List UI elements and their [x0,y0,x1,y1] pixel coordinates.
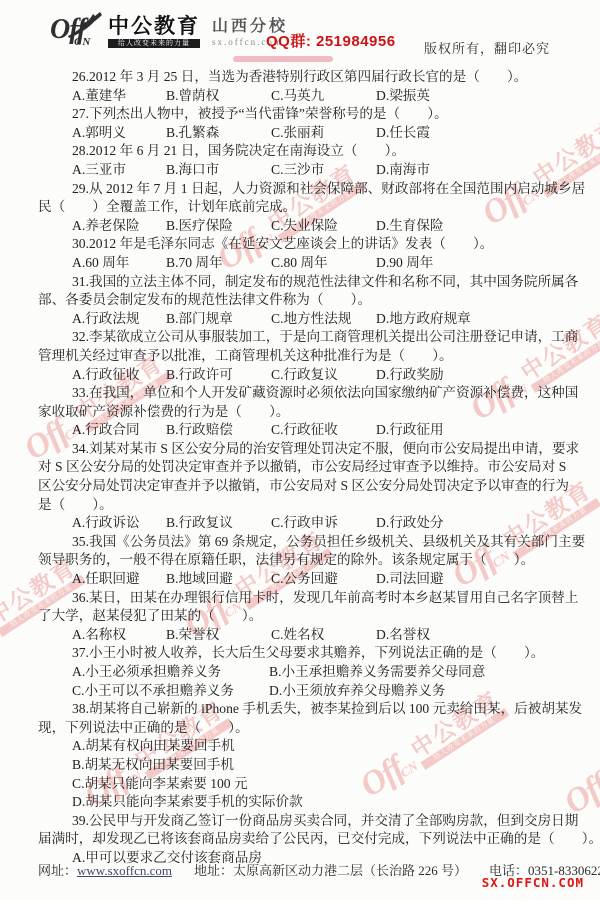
offcn-logo-mark: Off CN [50,15,104,55]
question-line: 34.刘某对某市 S 区公安分局的治安管理处罚决定不服，便向市公安局提出申请，要… [38,440,572,459]
answer-option: C.三沙市 [271,161,376,180]
question-line: 39.公民甲与开发商乙签订一份商品房买卖合同，并交清了全部购房款，但到交房日期 [38,812,572,831]
answer-option: B.地域回避 [166,570,271,589]
answer-option: A.养老保险 [72,217,166,236]
option-line: A.名称权B.荣誉权C.姓名权D.名誉权 [38,626,572,645]
answer-option: D.行政征用 [376,421,444,440]
answer-option: D.地方政府规章 [376,310,471,329]
watermark-bar [233,56,333,62]
question-line: 部、各委员会制定发布的规范性法律文件称为（ ）。 [38,291,572,310]
option-line: A.胡某有权向田某要回手机 [38,737,572,756]
exam-page: OffCN中公教育给人改变未来的力量OffCN中公教育给人改变未来的力量OffC… [0,0,600,900]
answer-option: A.行政法规 [72,310,166,329]
option-line: A.养老保险B.医疗保险C.失业保险D.生育保险 [38,217,572,236]
option-line: A.60 周年B.70 周年C.80 周年D.90 周年 [38,254,572,273]
qq-group-label: QQ群: 251984956 [266,30,396,51]
footer-website-link[interactable]: www.sxoffcn.com [77,863,172,878]
question-line: 领导职务的，一般不得在原籍任职，法律另有规定的除外。该条规定属于（ ）。 [38,551,572,570]
answer-option: D.生育保险 [376,217,444,236]
answer-option: C.张丽莉 [271,124,376,143]
footer-website-label: 网址： [38,863,77,878]
answer-option: D.梁振英 [376,87,430,106]
answer-option: A.三亚市 [72,161,166,180]
answer-option: B.医疗保险 [166,217,271,236]
option-line: A.董建华B.曾荫权C.马英九D.梁振英 [38,87,572,106]
answer-option: C.80 周年 [271,254,376,273]
answer-option: A.郭明义 [72,124,166,143]
answer-option: B.小王承担赡养义务需要养父母同意 [269,663,485,682]
answer-option: D.小王须放弃养父母赡养义务 [269,682,445,701]
question-line: 是（ ）。 [38,496,572,515]
question-line: 35.我国《公务员法》第 69 条规定，公务员担任乡级机关、县级机关及其有关部门… [38,533,572,552]
question-line: 区公安分局处罚决定审查并予以撤销，市公安局对 S 区公安分局处罚决定予以审查的行… [38,477,572,496]
question-line: 28.2012 年 6 月 21 日，国务院决定在南海设立（ ）。 [38,142,572,161]
question-line: 31.我国的立法主体不同，制定发布的规范性法律文件和名称不同，其中国务院所属各 [38,273,572,292]
question-line: 管理机关经过审查予以批准，工商管理机关这种批准行为是（ ）。 [38,347,572,366]
option-line: A.任职回避B.地域回避C.公务回避D.司法回避 [38,570,572,589]
answer-option: D.南海市 [376,161,430,180]
answer-option: D.任长霞 [376,124,430,143]
answer-option: B.行政复议 [166,514,271,533]
question-line: 现，下列说法中正确的是（ ）。 [38,719,572,738]
answer-option: D.行政奖励 [376,366,444,385]
question-line: 36.某日，田某在办理银行信用卡时，发现几年前高考时本乡赵某冒用自己名字顶替上 [38,589,572,608]
question-line: 29.从 2012 年 7 月 1 日起，人力资源和社会保障部、财政部将在全国范… [38,180,572,199]
offcn-logo: Off CN 中公教育 给人改变未来的力量 山西分校 sx.offcn.com [50,15,288,55]
answer-option: B.孔繁森 [166,124,271,143]
answer-option: C.马英九 [271,87,376,106]
question-line: 27.下列杰出人物中，被授予“当代雷锋”荣誉称号的是（ ）。 [38,105,572,124]
copyright-notice: 版权所有，翻印必究 [424,38,550,57]
option-line: C.胡某只能向李某索要 100 元 [38,775,572,794]
option-line: A.三亚市B.海口市C.三沙市D.南海市 [38,161,572,180]
answer-option: D.90 周年 [376,254,433,273]
question-line: 33.在我国，单位和个人开发矿藏资源时必须依法向国家缴纳矿产资源补偿费，这种国 [38,384,572,403]
answer-option: A.行政征收 [72,366,166,385]
option-line: C.小王可以不承担赡养义务D.小王须放弃养父母赡养义务 [38,682,572,701]
offcn-swoosh-icon [66,12,102,38]
answer-option: A.行政合同 [72,421,166,440]
answer-option: B.荣誉权 [166,626,271,645]
question-line: 37.小王小时被人收养，长大后生父母要求其赡养，下列说法正确的是（ ）。 [38,644,572,663]
question-lines: 26.2012 年 3 月 25 日，当选为香港特别行政区第四届行政长官的是（ … [38,68,572,868]
answer-option: A.董建华 [72,87,166,106]
logo-brand-name: 中公教育 [108,15,200,38]
option-line: A.小王必须承担赡养义务B.小王承担赡养义务需要养父母同意 [38,663,572,682]
answer-option: D.名誉权 [376,626,430,645]
question-line: 26.2012 年 3 月 25 日，当选为香港特别行政区第四届行政长官的是（ … [38,68,572,87]
answer-option: B.曾荫权 [166,87,271,106]
question-line: 了大学，赵某侵犯了田某的（ ）。 [38,607,572,626]
answer-option: C.公务回避 [271,570,376,589]
answer-option: B.行政许可 [166,366,271,385]
option-line: A.行政征收B.行政许可C.行政复议D.行政奖励 [38,366,572,385]
answer-option: D.行政处分 [376,514,444,533]
answer-option: A.任职回避 [72,570,166,589]
answer-option: B.70 周年 [166,254,271,273]
option-line: D.胡某只能向李某索要手机的实际价款 [38,793,572,812]
question-line: 对 S 区公安分局的处罚决定审查并予以撤销，市公安局经过审查予以维持。市公安局对… [38,458,572,477]
question-line: 32.李某欲成立公司从事服装加工，于是向工商管理机关提出公司注册登记申请，工商 [38,328,572,347]
answer-option: B.行政赔偿 [166,421,271,440]
answer-option: A.60 周年 [72,254,166,273]
answer-option: A.名称权 [72,626,166,645]
answer-option: C.行政复议 [271,366,376,385]
logo-tagline: 给人改变未来的力量 [108,39,200,48]
question-line: 民（ ）全覆盖工作，计划年底前完成。 [38,198,572,217]
question-line: 30.2012 年是毛泽东同志《在延安文艺座谈会上的讲话》发表（ ）。 [38,235,572,254]
footer-brand-site: SX.OFFCN.COM [482,875,584,890]
question-line: 38.胡某将自己崭新的 iPhone 手机丢失，被李某捡到后以 100 元卖给田… [38,700,572,719]
question-line: 家收取矿产资源补偿费的行为是（ ）。 [38,403,572,422]
answer-option: C.行政征收 [271,421,376,440]
answer-option: A.行政诉讼 [72,514,166,533]
option-line: A.行政诉讼B.行政复议C.行政申诉D.行政处分 [38,514,572,533]
answer-option: A.小王必须承担赡养义务 [72,663,269,682]
answer-option: C.姓名权 [271,626,376,645]
answer-option: D.司法回避 [376,570,444,589]
logo-brand-block: 中公教育 给人改变未来的力量 [108,15,200,48]
option-line: A.行政法规B.部门规章C.地方性法规D.地方政府规章 [38,310,572,329]
option-line: A.郭明义B.孔繁森C.张丽莉D.任长霞 [38,124,572,143]
answer-option: C.小王可以不承担赡养义务 [72,682,269,701]
option-line: B.胡某无权向田某要回手机 [38,756,572,775]
answer-option: C.地方性法规 [271,310,376,329]
answer-option: C.失业保险 [271,217,376,236]
footer-address: 地址：太原高新区动力港二层（长治路 226 号） [194,863,467,878]
answer-option: B.海口市 [166,161,271,180]
answer-option: C.行政申诉 [271,514,376,533]
question-line: 届满时，却发现乙已将该套商品房卖给了公民丙，已交付完成，下列说法中正确的是（ ）… [38,830,572,849]
option-line: A.行政合同B.行政赔偿C.行政征收D.行政征用 [38,421,572,440]
answer-option: B.部门规章 [166,310,271,329]
